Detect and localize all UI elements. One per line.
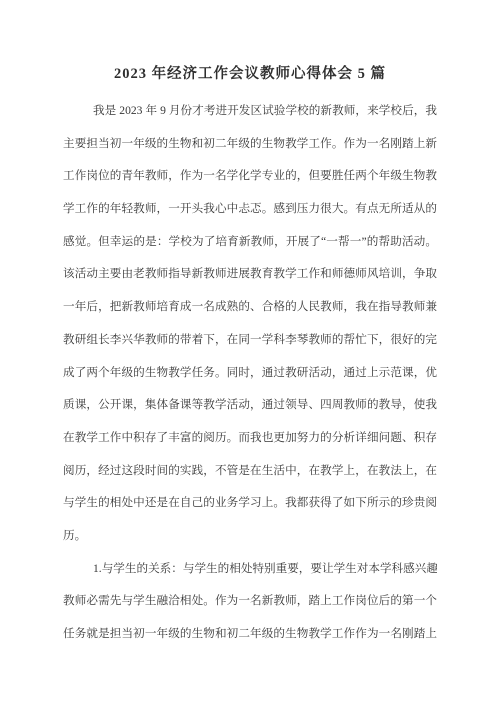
text-line: 工作岗位的青年教师，作为一名学化学专业的，但要胜任两个年级生物教 — [63, 160, 437, 193]
text-line: 感觉。但幸运的是：学校为了培育新教师，开展了“一帮一”的帮助活动。 — [63, 226, 437, 259]
text-line: 一年后，把新教师培育成一名成熟的、合格的人民教师，我在指导教师兼 — [63, 291, 437, 324]
text-line: 该活动主要由老教师指导新教师进展教育教学工作和师德师风培训，争取 — [63, 258, 437, 291]
text-line: 成了两个年级的生物教学任务。同时，通过教研活动，通过上示范课，优 — [63, 357, 437, 390]
text-line: 与学生的相处中还是在自己的业务学习上。我都获得了如下所示的珍贵阅 — [63, 487, 437, 520]
text-line: 质课，公开课，集体备课等教学活动，通过领导、四周教师的教导，使我 — [63, 389, 437, 422]
document-title: 2023 年经济工作会议教师心得体会 5 篇 — [0, 64, 500, 84]
document-page: 2023 年经济工作会议教师心得体会 5 篇 我是 2023 年 9 月份才考进… — [0, 0, 500, 707]
text-line: 阅历，经过这段时间的实践，不管是在生活中，在教学上，在教法上，在 — [63, 455, 437, 488]
text-line: 主要担当初一年级的生物和初二年级的生物教学工作。作为一名刚踏上新 — [63, 128, 437, 161]
text-line: 1.与学生的关系：与学生的相处特别重要，要让学生对本学科感兴趣 — [63, 553, 437, 586]
text-line: 教研组长李兴华教师的带着下，在同一学科李琴教师的帮忙下，很好的完 — [63, 324, 437, 357]
text-line: 在教学工作中积存了丰富的阅历。而我也更加努力的分析详细问题、积存 — [63, 422, 437, 455]
text-line: 任务就是担当初一年级的生物和初二年级的生物教学工作作为一名刚踏上 — [63, 618, 437, 651]
text-line: 教师必需先与学生融洽相处。作为一名新教师，踏上工作岗位后的第一个 — [63, 585, 437, 618]
text-line: 历。 — [63, 520, 437, 553]
text-line: 学工作的年轻教师，一开头我心中忐忑。感到压力很大。有点无所适从的 — [63, 193, 437, 226]
document-body: 我是 2023 年 9 月份才考进开发区试验学校的新教师，来学校后，我 主要担当… — [63, 95, 437, 651]
text-line: 我是 2023 年 9 月份才考进开发区试验学校的新教师，来学校后，我 — [63, 95, 437, 128]
